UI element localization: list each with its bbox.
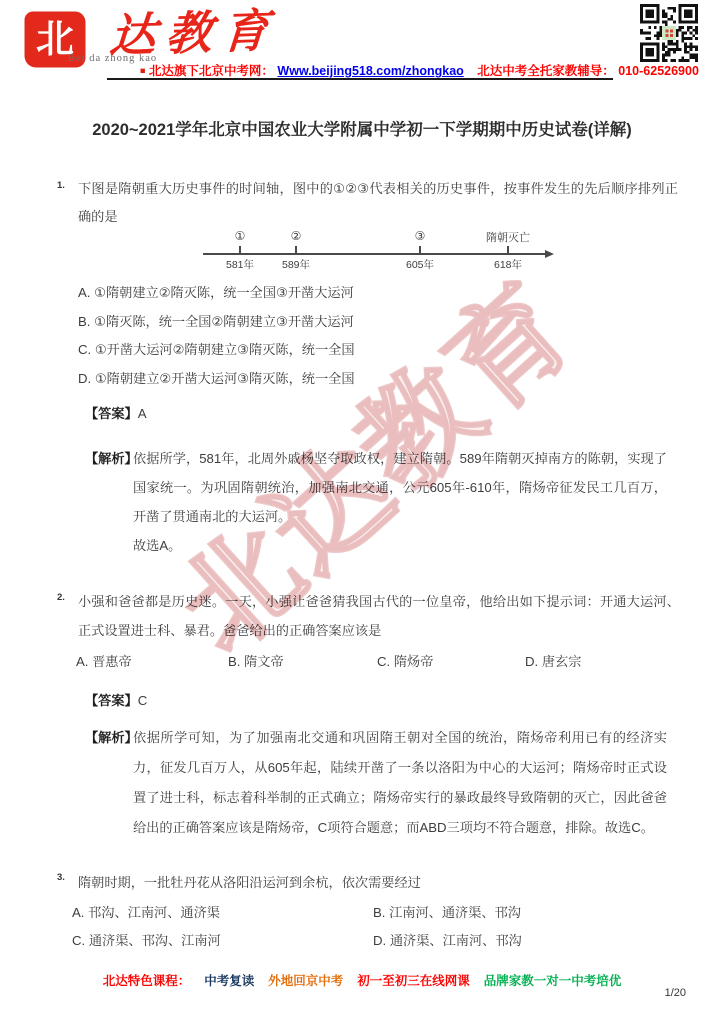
header-divider	[107, 78, 613, 80]
footer-promo-line: 北达特色课程：中考复读外地回京中考初一至初三在线网课品牌家教一对一中考培优	[0, 971, 724, 989]
timeline-marker: 隋朝灭亡	[486, 229, 530, 245]
answer-value: C	[138, 693, 148, 708]
page-title: 2020~2021学年北京中国农业大学附属中学初一下学期期中历史试卷(详解)	[0, 116, 724, 140]
option-d: D. ①隋朝建立②开凿大运河③隋灭陈，统一全国	[78, 365, 355, 394]
analysis-paragraph: 依据所学，581年，北周外戚杨坚夺取政权，建立隋朝。589年隋朝灭掉南方的陈朝，…	[133, 451, 667, 524]
page-number: 1/20	[665, 987, 686, 999]
answer-label: 【答案】	[85, 406, 138, 421]
timeline-arrowhead-icon	[545, 250, 554, 258]
timeline-year: 605年	[406, 257, 434, 272]
option-c: C. 通济渠、邗沟、江南河	[72, 930, 221, 949]
answer-value: A	[138, 406, 147, 421]
timeline-axis	[203, 253, 547, 255]
question-1-answer: 【答案】A	[85, 403, 147, 422]
timeline-diagram: ① 581年 ② 589年 ③ 605年 隋朝灭亡 618年	[203, 227, 558, 273]
option-c: C. ①开凿大运河②隋朝建立③隋灭陈，统一全国	[78, 336, 355, 365]
option-b: B. 江南河、通济渠、邗沟	[373, 902, 521, 921]
option-b: B. ①隋灭陈，统一全国②隋朝建立③开凿大运河	[78, 308, 355, 337]
option-a: A. 邗沟、江南河、通济渠	[72, 902, 220, 921]
timeline-marker: ①	[235, 229, 246, 243]
footer-segment: 初一至初三在线网课	[357, 974, 470, 988]
analysis-label: 【解析】	[85, 723, 133, 843]
question-1-analysis: 【解析】 依据所学，581年，北周外戚杨坚夺取政权，建立隋朝。589年隋朝灭掉南…	[85, 444, 667, 560]
option-d: D. 唐玄宗	[525, 651, 581, 670]
option-a: A. ①隋朝建立②隋灭陈，统一全国③开凿大运河	[78, 279, 355, 308]
timeline-tick	[239, 246, 241, 253]
question-2-analysis: 【解析】 依据所学可知，为了加强南北交通和巩固隋王朝对全国的统治，隋炀帝利用已有…	[85, 723, 667, 843]
tutor-phone: 010-62526900	[618, 64, 699, 78]
timeline-tick	[295, 246, 297, 253]
analysis-text: 依据所学可知，为了加强南北交通和巩固隋王朝对全国的统治，隋炀帝利用已有的经济实力…	[133, 723, 667, 843]
site-link[interactable]: Www.beijing518.com/zhongkao	[277, 64, 463, 78]
footer-segment: 北达特色课程：	[103, 974, 191, 988]
header-info-line: ■ 北达旗下北京中考网： Www.beijing518.com/zhongkao…	[140, 61, 620, 79]
answer-label: 【答案】	[85, 693, 138, 708]
option-c: C. 隋炀帝	[377, 651, 433, 670]
question-2-text: 小强和爸爸都是历史迷。一天，小强让爸爸猜我国古代的一位皇帝，他给出如下提示词：开…	[78, 587, 680, 645]
red-square-bullet-icon: ■	[140, 66, 145, 76]
document-page: 北 达教育 Bei da zhong kao ■ 北达旗下北京中考网： Www.…	[0, 0, 724, 1024]
question-3-text: 隋朝时期，一批牡丹花从洛阳沿运河到余杭，依次需要经过	[78, 869, 680, 897]
brand-wordmark: 达教育	[108, 7, 280, 59]
footer-segment: 中考复读	[204, 974, 254, 988]
timeline-marker: ③	[415, 229, 426, 243]
question-3-number: 3.	[57, 872, 65, 883]
analysis-text: 依据所学，581年，北周外戚杨坚夺取政权，建立隋朝。589年隋朝灭掉南方的陈朝，…	[133, 444, 667, 560]
timeline-marker: ②	[291, 229, 302, 243]
option-d: D. 通济渠、江南河、邗沟	[373, 930, 522, 949]
question-2-answer: 【答案】C	[85, 690, 147, 709]
footer-segment: 外地回京中考	[268, 974, 343, 988]
timeline-year: 618年	[494, 257, 522, 272]
option-a: A. 晋惠帝	[76, 651, 132, 670]
question-1-text: 下图是隋朝重大历史事件的时间轴，图中的①②③代表相关的历史事件，按事件发生的先后…	[78, 175, 678, 231]
timeline-year: 589年	[282, 257, 310, 272]
analysis-label: 【解析】	[85, 444, 133, 560]
footer-segment: 品牌家教一对一中考培优	[484, 974, 622, 988]
question-2-number: 2.	[57, 592, 65, 603]
option-b: B. 隋文帝	[228, 651, 284, 670]
qr-code	[636, 4, 702, 62]
timeline-year: 581年	[226, 257, 254, 272]
question-1-number: 1.	[57, 180, 65, 191]
site-prefix-text: 北达旗下北京中考网：	[149, 64, 274, 78]
tutor-prefix-text: 北达中考全托家教辅导：	[477, 64, 615, 78]
question-1-options: A. ①隋朝建立②隋灭陈，统一全国③开凿大运河 B. ①隋灭陈，统一全国②隋朝建…	[78, 279, 355, 393]
analysis-conclusion: 故选A。	[133, 538, 181, 553]
timeline-tick	[419, 246, 421, 253]
timeline-tick	[507, 246, 509, 253]
